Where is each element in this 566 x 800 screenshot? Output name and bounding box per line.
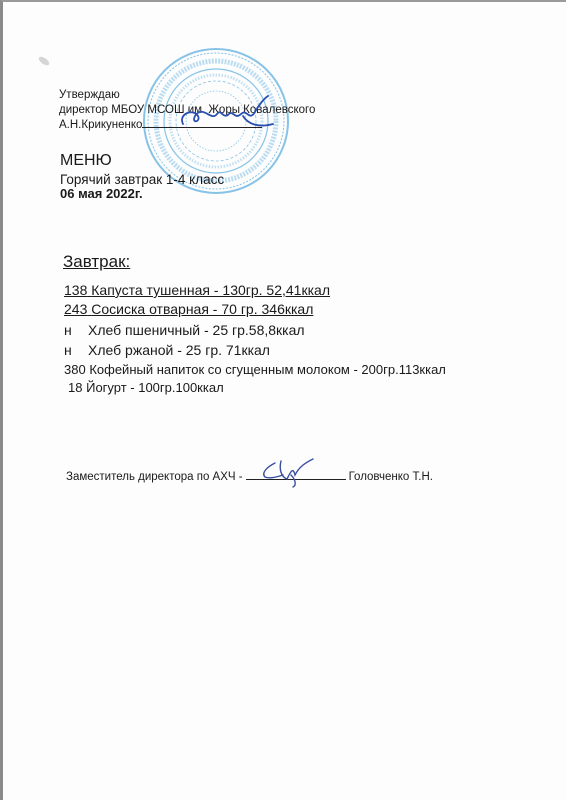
item-code: 243 bbox=[64, 301, 87, 317]
deputy-position: Заместитель директора по АХЧ - bbox=[66, 471, 243, 483]
item-code: 138 bbox=[64, 282, 87, 298]
menu-item: нХлеб пшеничный - 25 гр.58,8ккал bbox=[64, 322, 305, 338]
item-text: Кофейный напиток со сгущенным молоком - … bbox=[89, 362, 446, 377]
item-text: Йогурт - 100гр.100ккал bbox=[86, 380, 224, 395]
item-text: Хлеб ржаной - 25 гр. 71ккал bbox=[88, 342, 270, 358]
director-signature-icon bbox=[173, 94, 293, 134]
scanned-document-page: Утверждаю директор МБОУ МСОШ им. Жоры Ко… bbox=[0, 0, 566, 800]
meal-heading: Завтрак: bbox=[63, 252, 130, 272]
menu-item: 380 Кофейный напиток со сгущенным молоко… bbox=[64, 362, 446, 377]
deputy-signature-icon bbox=[253, 457, 333, 489]
item-code: 380 bbox=[64, 362, 86, 377]
item-code: н bbox=[64, 322, 88, 338]
menu-item: 138 Капуста тушенная - 130гр. 52,41ккал bbox=[64, 282, 330, 298]
deputy-name: Головченко Т.Н. bbox=[349, 471, 433, 483]
item-text: Капуста тушенная - 130гр. 52,41ккал bbox=[91, 282, 330, 298]
menu-subtitle: Горячий завтрак 1-4 класс bbox=[60, 172, 224, 187]
menu-title: МЕНЮ bbox=[60, 152, 112, 170]
item-code: 18 bbox=[68, 380, 82, 395]
deputy-signature-line: Заместитель директора по АХЧ -Головченко… bbox=[66, 469, 433, 483]
menu-item: 243 Сосиска отварная - 70 гр. 346ккал bbox=[64, 301, 313, 317]
menu-item: нХлеб ржаной - 25 гр. 71ккал bbox=[64, 342, 270, 358]
item-text: Сосиска отварная - 70 гр. 346ккал bbox=[91, 301, 313, 317]
item-code: н bbox=[64, 342, 88, 358]
item-text: Хлеб пшеничный - 25 гр.58,8ккал bbox=[88, 322, 305, 338]
scan-smudge bbox=[37, 55, 50, 67]
menu-date: 06 мая 2022г. bbox=[60, 186, 143, 201]
menu-item: 18 Йогурт - 100гр.100ккал bbox=[68, 380, 224, 395]
